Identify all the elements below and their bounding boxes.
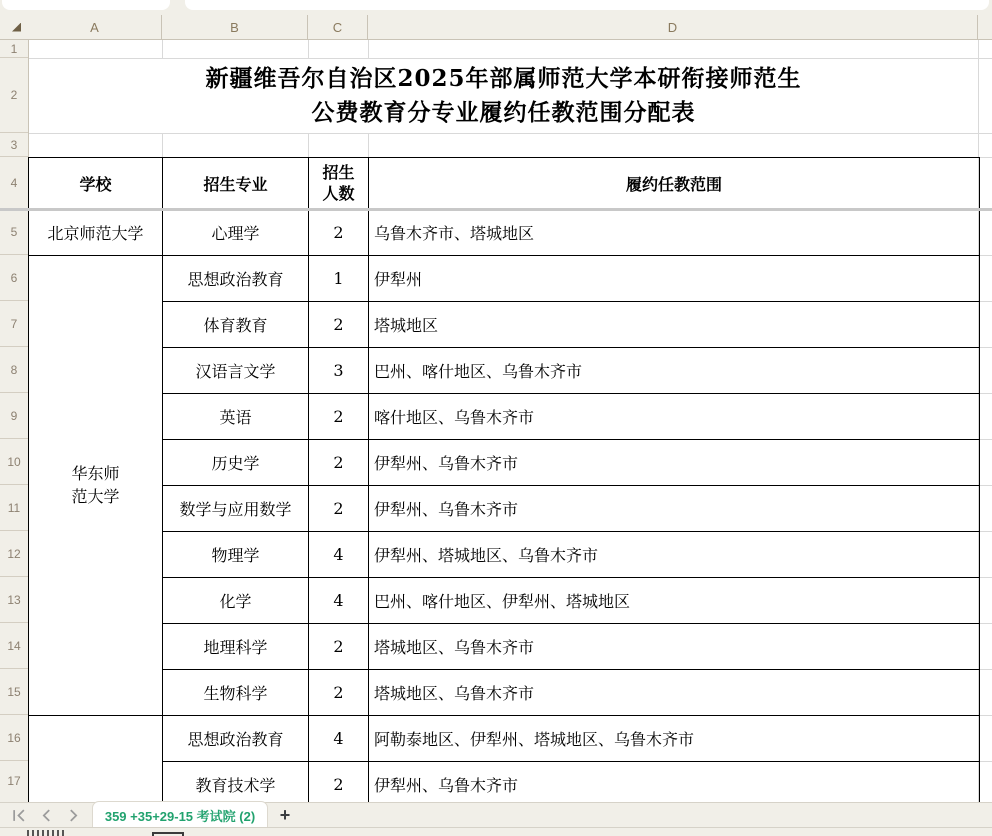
major-cell[interactable]: 物理学 bbox=[163, 532, 309, 578]
major-cell[interactable]: 教育技术学 bbox=[163, 762, 309, 803]
row-header-3[interactable]: 3 bbox=[0, 133, 28, 157]
status-box-fragment bbox=[152, 832, 184, 836]
major-cell[interactable]: 体育教育 bbox=[163, 302, 309, 348]
row-header-15[interactable]: 15 bbox=[0, 669, 28, 715]
area-cell[interactable]: 塔城地区 bbox=[369, 302, 980, 348]
area-cell[interactable]: 伊犁州 bbox=[369, 256, 980, 302]
table-row: 生物科学 2 塔城地区、乌鲁木齐市 bbox=[163, 670, 980, 716]
major-cell[interactable]: 英语 bbox=[163, 394, 309, 440]
row-header-17[interactable]: 17 bbox=[0, 761, 28, 801]
major-cell[interactable]: 思想政治教育 bbox=[163, 716, 309, 762]
name-box-fragment[interactable] bbox=[2, 0, 170, 10]
area-cell[interactable]: 喀什地区、乌鲁木齐市 bbox=[369, 394, 980, 440]
count-cell[interactable]: 2 bbox=[309, 762, 369, 803]
table-row: 思想政治教育 4 阿勒泰地区、伊犁州、塔城地区、乌鲁木齐市 bbox=[163, 716, 980, 762]
header-cell-count-text: 招生人数 bbox=[319, 163, 359, 205]
gridline bbox=[368, 40, 369, 58]
area-cell[interactable]: 伊犁州、乌鲁木齐市 bbox=[369, 486, 980, 532]
column-header-c[interactable]: C bbox=[308, 15, 368, 39]
row-header-13[interactable]: 13 bbox=[0, 577, 28, 623]
school-cell-ecnu-text: 华东师范大学 bbox=[72, 463, 120, 508]
row-header-strip: 1 2 3 4 5 6 7 8 9 10 11 12 13 14 15 16 1… bbox=[0, 40, 28, 801]
table-row: 化学 4 巴州、喀什地区、伊犁州、塔城地区 bbox=[163, 578, 980, 624]
area-cell[interactable]: 塔城地区、乌鲁木齐市 bbox=[369, 670, 980, 716]
major-cell[interactable]: 数学与应用数学 bbox=[163, 486, 309, 532]
gridline-sliver bbox=[978, 210, 992, 802]
gridline bbox=[368, 133, 369, 157]
column-header-d[interactable]: D bbox=[368, 15, 978, 39]
area-cell[interactable]: 伊犁州、乌鲁木齐市 bbox=[369, 762, 980, 803]
row-header-7[interactable]: 7 bbox=[0, 301, 28, 347]
previous-sheet-button[interactable] bbox=[37, 807, 55, 823]
gridline bbox=[978, 157, 992, 158]
gridline bbox=[162, 133, 163, 157]
column-header-a[interactable]: A bbox=[28, 15, 162, 39]
gridline bbox=[29, 133, 992, 134]
status-text-fragment bbox=[27, 830, 67, 836]
row-header-5[interactable]: 5 bbox=[0, 209, 28, 255]
select-all-button[interactable] bbox=[0, 15, 28, 39]
first-sheet-button[interactable] bbox=[10, 807, 28, 823]
row-header-12[interactable]: 12 bbox=[0, 531, 28, 577]
count-cell[interactable]: 3 bbox=[309, 348, 369, 394]
major-cell[interactable]: 思想政治教育 bbox=[163, 256, 309, 302]
row-header-10[interactable]: 10 bbox=[0, 439, 28, 485]
add-sheet-button[interactable]: + bbox=[272, 803, 298, 828]
header-cell-school[interactable]: 学校 bbox=[29, 158, 163, 210]
area-cell[interactable]: 巴州、喀什地区、伊犁州、塔城地区 bbox=[369, 578, 980, 624]
area-cell[interactable]: 伊犁州、塔城地区、乌鲁木齐市 bbox=[369, 532, 980, 578]
previous-sheet-icon bbox=[40, 809, 53, 822]
count-cell[interactable]: 1 bbox=[309, 256, 369, 302]
row-header-1[interactable]: 1 bbox=[0, 40, 28, 58]
count-cell[interactable]: 4 bbox=[309, 532, 369, 578]
table-row: 地理科学 2 塔城地区、乌鲁木齐市 bbox=[163, 624, 980, 670]
row-header-8[interactable]: 8 bbox=[0, 347, 28, 393]
table-rows: 招生专业 招生人数 履约任教范围 心理学 2 乌鲁木齐市、塔城地区 思想政治教育… bbox=[163, 158, 980, 803]
row-header-6[interactable]: 6 bbox=[0, 255, 28, 301]
school-cell-next-merged[interactable] bbox=[29, 716, 163, 803]
count-cell[interactable]: 2 bbox=[309, 486, 369, 532]
row-header-14[interactable]: 14 bbox=[0, 623, 28, 669]
first-sheet-icon bbox=[12, 809, 26, 822]
major-cell[interactable]: 生物科学 bbox=[163, 670, 309, 716]
count-cell[interactable]: 2 bbox=[309, 394, 369, 440]
header-cell-area[interactable]: 履约任教范围 bbox=[369, 158, 980, 210]
header-cell-major[interactable]: 招生专业 bbox=[163, 158, 309, 210]
major-cell[interactable]: 心理学 bbox=[163, 210, 309, 256]
school-column: 学校 北京师范大学 华东师范大学 bbox=[29, 158, 163, 803]
school-cell-bnu[interactable]: 北京师范大学 bbox=[29, 210, 163, 256]
formula-bar-fragment[interactable] bbox=[185, 0, 989, 10]
select-all-triangle-icon bbox=[12, 23, 21, 32]
count-cell[interactable]: 2 bbox=[309, 302, 369, 348]
major-cell[interactable]: 地理科学 bbox=[163, 624, 309, 670]
table-row: 物理学 4 伊犁州、塔城地区、乌鲁木齐市 bbox=[163, 532, 980, 578]
area-cell[interactable]: 塔城地区、乌鲁木齐市 bbox=[369, 624, 980, 670]
row-header-16[interactable]: 16 bbox=[0, 715, 28, 761]
count-cell[interactable]: 2 bbox=[309, 670, 369, 716]
table-row: 体育教育 2 塔城地区 bbox=[163, 302, 980, 348]
gridline bbox=[308, 40, 309, 58]
next-sheet-button[interactable] bbox=[64, 807, 82, 823]
sheet-tab-bar: 359 +35+29-15 考试院 (2) + bbox=[0, 802, 992, 827]
area-cell[interactable]: 伊犁州、乌鲁木齐市 bbox=[369, 440, 980, 486]
count-cell[interactable]: 2 bbox=[309, 210, 369, 256]
column-header-b[interactable]: B bbox=[162, 15, 308, 39]
table-row: 汉语言文学 3 巴州、喀什地区、乌鲁木齐市 bbox=[163, 348, 980, 394]
header-cell-count[interactable]: 招生人数 bbox=[309, 158, 369, 210]
count-cell[interactable]: 2 bbox=[309, 624, 369, 670]
table-row: 英语 2 喀什地区、乌鲁木齐市 bbox=[163, 394, 980, 440]
table-row: 数学与应用数学 2 伊犁州、乌鲁木齐市 bbox=[163, 486, 980, 532]
major-cell[interactable]: 历史学 bbox=[163, 440, 309, 486]
sheet-title-line2: 公费教育分专业履约任教范围分配表 bbox=[312, 96, 696, 130]
table-row: 历史学 2 伊犁州、乌鲁木齐市 bbox=[163, 440, 980, 486]
row-header-2[interactable]: 2 bbox=[0, 58, 28, 133]
area-cell[interactable]: 阿勒泰地区、伊犁州、塔城地区、乌鲁木齐市 bbox=[369, 716, 980, 762]
school-cell-ecnu-merged[interactable]: 华东师范大学 bbox=[29, 256, 163, 716]
row-header-11[interactable]: 11 bbox=[0, 485, 28, 531]
area-cell[interactable]: 巴州、喀什地区、乌鲁木齐市 bbox=[369, 348, 980, 394]
sheet-title-line1: 新疆维吾尔自治区2025年部属师范大学本研衔接师范生 bbox=[205, 62, 801, 96]
table-row: 教育技术学 2 伊犁州、乌鲁木齐市 bbox=[163, 762, 980, 803]
row-header-4[interactable]: 4 bbox=[0, 157, 28, 209]
table-row: 思想政治教育 1 伊犁州 bbox=[163, 256, 980, 302]
freeze-panes-divider[interactable] bbox=[0, 208, 992, 211]
gridline bbox=[162, 40, 163, 58]
active-sheet-tab[interactable]: 359 +35+29-15 考试院 (2) bbox=[92, 801, 268, 828]
gridline bbox=[308, 133, 309, 157]
allocation-table: 学校 北京师范大学 华东师范大学 招生专业 招生人数 履约任教范围 心理学 2 … bbox=[28, 157, 980, 803]
area-cell[interactable]: 乌鲁木齐市、塔城地区 bbox=[369, 210, 980, 256]
count-cell[interactable]: 2 bbox=[309, 440, 369, 486]
status-bar-fragment bbox=[0, 827, 992, 836]
sheet-title-cell[interactable]: 新疆维吾尔自治区2025年部属师范大学本研衔接师范生 公费教育分专业履约任教范围… bbox=[29, 58, 978, 133]
table-header-row: 招生专业 招生人数 履约任教范围 bbox=[163, 158, 980, 210]
major-cell[interactable]: 汉语言文学 bbox=[163, 348, 309, 394]
next-sheet-icon bbox=[67, 809, 80, 822]
row-header-9[interactable]: 9 bbox=[0, 393, 28, 439]
table-row: 心理学 2 乌鲁木齐市、塔城地区 bbox=[163, 210, 980, 256]
count-cell[interactable]: 4 bbox=[309, 578, 369, 624]
column-header-strip: A B C D bbox=[0, 15, 992, 40]
spreadsheet-app: A B C D 1 2 3 4 5 6 7 8 9 10 11 12 13 14… bbox=[0, 0, 992, 836]
count-cell[interactable]: 4 bbox=[309, 716, 369, 762]
major-cell[interactable]: 化学 bbox=[163, 578, 309, 624]
